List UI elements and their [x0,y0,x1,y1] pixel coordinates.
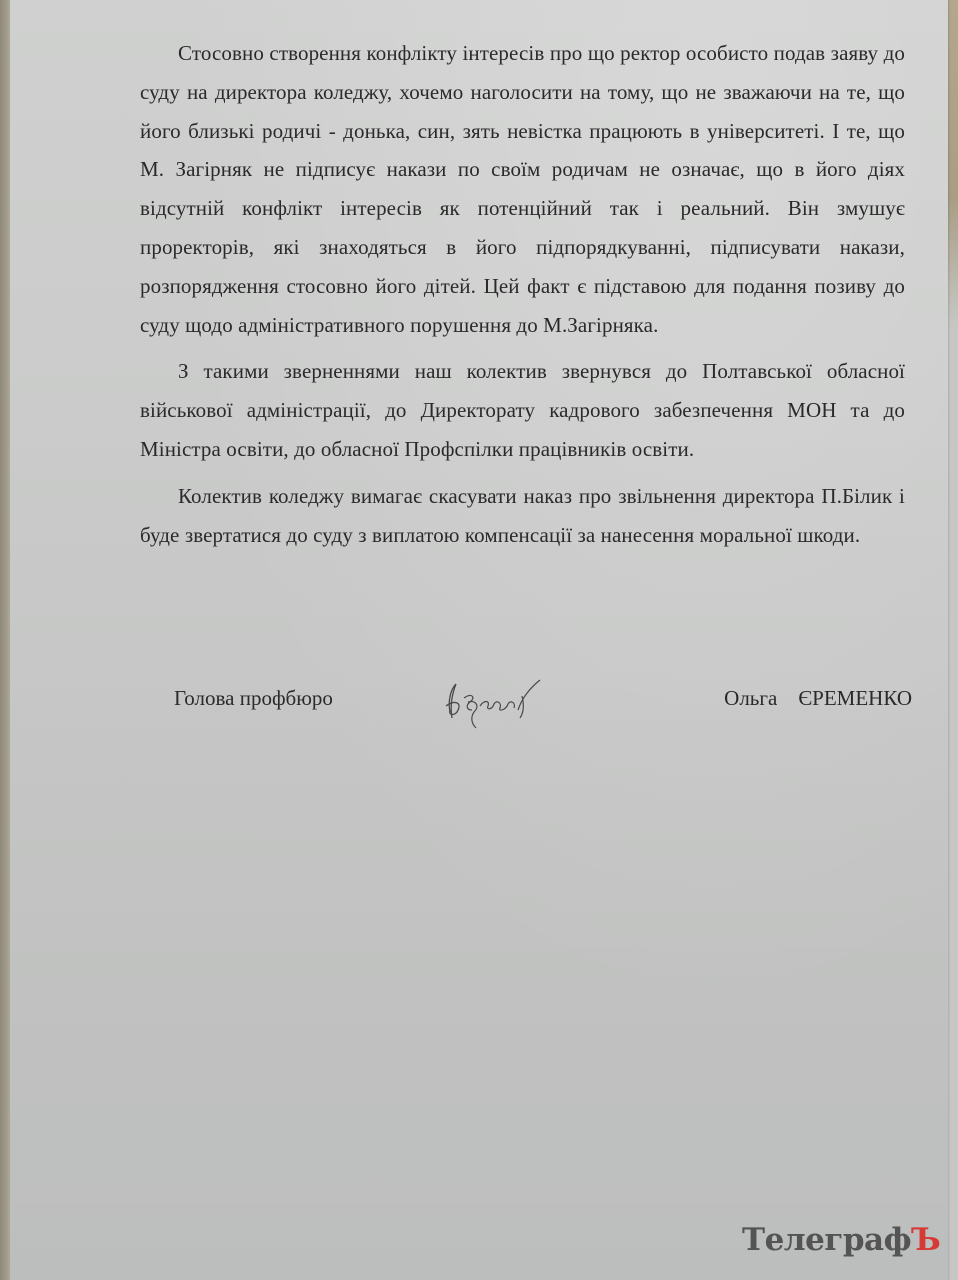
signatory-name: Ольга ЄРЕМЕНКО [724,686,912,711]
signature-block: Голова профбюро Ольга ЄРЕМЕНКО [174,682,914,732]
signatory-title: Голова профбюро [174,686,333,711]
paragraph-appeals: З такими зверненнями наш колектив зверну… [140,352,905,468]
watermark-text: Телеграф [742,1222,911,1258]
telegraf-watermark-logo: ТелеграфЪ [742,1222,940,1258]
document-body: Стосовно створення конфлікту інтересів п… [140,34,905,554]
paragraph-demand: Колектив коледжу вимагає скасувати наказ… [140,477,905,555]
handwritten-signature-icon [436,672,566,732]
watermark-accent-letter: Ъ [911,1222,940,1258]
paragraph-conflict-of-interest: Стосовно створення конфлікту інтересів п… [140,34,905,344]
